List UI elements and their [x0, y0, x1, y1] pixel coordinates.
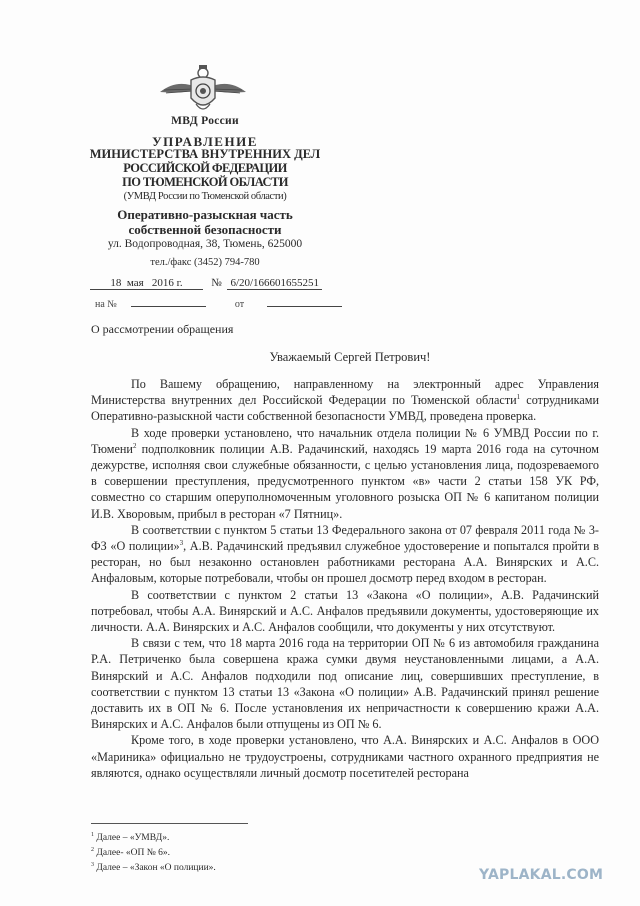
letter-body: По Вашему обращению, направленному на эл…	[91, 376, 599, 781]
mvd-eagle-emblem-icon	[158, 62, 248, 116]
registration-date: 18 мая 2016 г.	[90, 277, 203, 290]
letterhead-abbreviation: (УМВД России по Тюменской области)	[80, 191, 330, 202]
footnote-1: 1 Далее – «УМВД».	[91, 829, 216, 844]
paragraph-text: Кроме того, в ходе проверки установлено,…	[91, 733, 599, 779]
from-date-blank	[267, 296, 342, 307]
footnote-separator	[91, 823, 248, 824]
registration-day: 18	[110, 277, 121, 289]
division-name-line-1: Оперативно-разыскная часть	[80, 207, 330, 223]
paragraph-4: В соответствии с пунктом 2 статьи 13 «За…	[91, 587, 599, 636]
footnote-number: 3	[91, 862, 94, 868]
footnote-number: 2	[91, 847, 94, 853]
division-name-line-2: собственной безопасности	[80, 222, 330, 238]
footnote-3: 3 Далее – «Закон «О полиции».	[91, 859, 216, 874]
reply-reference-line: на № от	[95, 296, 342, 310]
paragraph-5: В связи с тем, что 18 марта 2016 года на…	[91, 635, 599, 732]
registration-month: мая	[127, 277, 144, 289]
paragraph-text: В соответствии с пунктом 2 статьи 13 «За…	[91, 588, 599, 634]
document-page: МВД России УПРАВЛЕНИЕ МИНИСТЕРСТВА ВНУТР…	[0, 0, 640, 906]
footnote-text: Далее- «ОП № 6».	[96, 848, 170, 858]
number-label: №	[211, 277, 222, 289]
footnotes: 1 Далее – «УМВД». 2 Далее- «ОП № 6». 3 Д…	[91, 829, 216, 874]
paragraph-3: В соответствии с пунктом 5 статьи 13 Фед…	[91, 522, 599, 587]
footnote-number: 1	[91, 832, 94, 838]
registration-year: 2016 г.	[152, 277, 183, 289]
letterhead-address: ул. Водопроводная, 38, Тюмень, 625000	[80, 238, 330, 250]
site-watermark: YAPLAKAL.COM	[479, 867, 603, 883]
registration-number: 6/20/166601655251	[227, 277, 322, 290]
letterhead-line-2: МИНИСТЕРСТВА ВНУТРЕННИХ ДЕЛ	[80, 147, 330, 162]
registration-line: 18 мая 2016 г. № 6/20/166601655251	[90, 277, 322, 290]
letterhead-phone: тел./факс (3452) 794-780	[80, 257, 330, 268]
footnote-2: 2 Далее- «ОП № 6».	[91, 844, 216, 859]
letter-greeting: Уважаемый Сергей Петрович!	[0, 350, 640, 365]
footnote-text: Далее – «Закон «О полиции».	[96, 863, 215, 873]
letter-subject: О рассмотрении обращения	[91, 322, 233, 337]
from-label: от	[235, 299, 244, 310]
paragraph-text: В связи с тем, что 18 марта 2016 года на…	[91, 636, 599, 731]
reply-to-number-blank	[131, 296, 206, 307]
footnote-text: Далее – «УМВД».	[96, 833, 169, 843]
letterhead-line-4: ПО ТЮМЕНСКОЙ ОБЛАСТИ	[80, 175, 330, 190]
paragraph-1: По Вашему обращению, направленному на эл…	[91, 376, 599, 425]
paragraph-text: подполковник полиции А.В. Радачинский, н…	[91, 442, 599, 521]
reply-to-label: на №	[95, 299, 117, 310]
paragraph-6: Кроме того, в ходе проверки установлено,…	[91, 732, 599, 781]
letterhead-line-3: РОССИЙСКОЙ ФЕДЕРАЦИИ	[80, 161, 330, 176]
paragraph-2: В ходе проверки установлено, что начальн…	[91, 425, 599, 522]
agency-short-name: МВД России	[80, 115, 330, 127]
